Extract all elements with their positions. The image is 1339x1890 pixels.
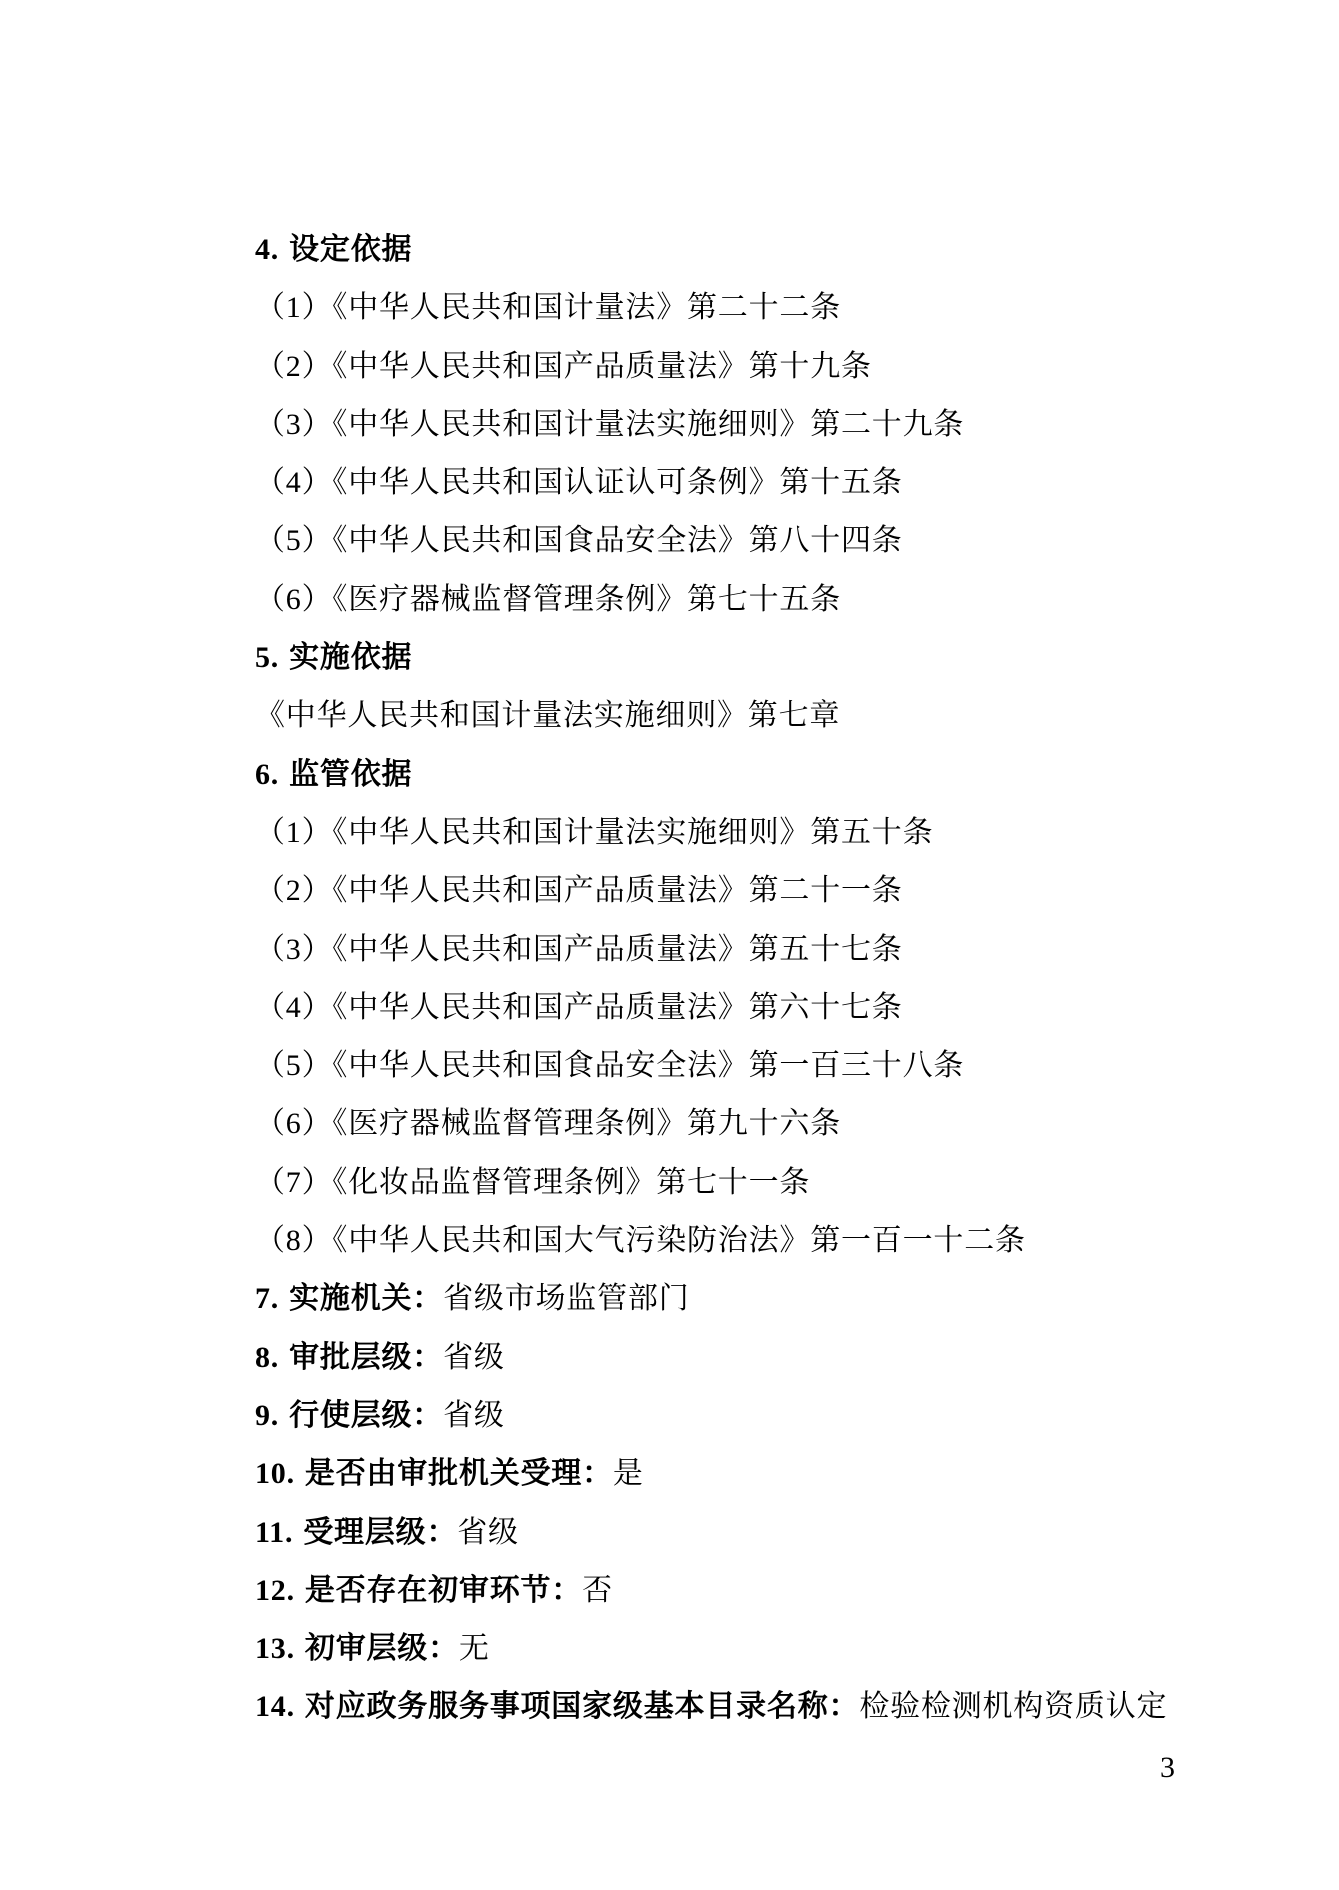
section-heading-6: 6.监管依据 [255,746,1279,804]
field-row-accepted-by-approval-authority: 10.是否由审批机关受理：是 [255,1445,1279,1503]
legal-basis-item: （2）《中华人民共和国产品质量法》第二十一条 [255,862,1279,920]
document-body: 4.设定依据 （1）《中华人民共和国计量法》第二十二条 （2）《中华人民共和国产… [255,221,1279,1737]
field-label: 是否存在初审环节： [305,1574,582,1607]
section-number: 6. [255,758,279,791]
field-number: 7. [255,1282,279,1315]
field-row-preliminary-review-exists: 12.是否存在初审环节：否 [255,1562,1279,1620]
field-label: 是否由审批机关受理： [305,1457,613,1490]
field-row-implementing-authority: 7.实施机关：省级市场监管部门 [255,1270,1279,1328]
legal-basis-item: （3）《中华人民共和国产品质量法》第五十七条 [255,921,1279,979]
section-title: 监管依据 [289,758,412,791]
field-row-national-catalog-name: 14.对应政务服务事项国家级基本目录名称：检验检测机构资质认定 [255,1678,1279,1736]
field-row-preliminary-review-level: 13.初审层级：无 [255,1620,1279,1678]
field-number: 8. [255,1341,279,1374]
field-value: 省级市场监管部门 [443,1282,689,1315]
legal-basis-item: （1）《中华人民共和国计量法实施细则》第五十条 [255,804,1279,862]
field-row-exercise-level: 9.行使层级：省级 [255,1387,1279,1445]
field-row-approval-level: 8.审批层级：省级 [255,1329,1279,1387]
legal-basis-item: （1）《中华人民共和国计量法》第二十二条 [255,279,1279,337]
legal-basis-item: （8）《中华人民共和国大气污染防治法》第一百一十二条 [255,1212,1279,1270]
field-label: 审批层级： [289,1341,443,1374]
field-label: 实施机关： [289,1282,443,1315]
legal-basis-item: （5）《中华人民共和国食品安全法》第八十四条 [255,512,1279,570]
field-number: 12. [255,1574,295,1607]
section-heading-5: 5.实施依据 [255,629,1279,687]
section-heading-4: 4.设定依据 [255,221,1279,279]
legal-basis-item: （5）《中华人民共和国食品安全法》第一百三十八条 [255,1037,1279,1095]
section-title: 设定依据 [289,233,412,266]
section-number: 5. [255,641,279,674]
field-number: 10. [255,1457,295,1490]
field-value: 是 [613,1457,644,1490]
field-value: 省级 [457,1516,519,1549]
legal-basis-item: （4）《中华人民共和国认证认可条例》第十五条 [255,454,1279,512]
field-number: 14. [255,1690,295,1723]
field-number: 13. [255,1632,295,1665]
legal-basis-item: （6）《医疗器械监督管理条例》第九十六条 [255,1095,1279,1153]
legal-basis-item: （3）《中华人民共和国计量法实施细则》第二十九条 [255,396,1279,454]
section-title: 实施依据 [289,641,412,674]
field-label: 对应政务服务事项国家级基本目录名称： [305,1690,859,1723]
field-label: 受理层级： [303,1516,457,1549]
legal-basis-item: （4）《中华人民共和国产品质量法》第六十七条 [255,979,1279,1037]
field-value: 省级 [443,1399,505,1432]
field-value: 否 [582,1574,613,1607]
field-value: 无 [459,1632,490,1665]
field-number: 9. [255,1399,279,1432]
legal-basis-item: 《中华人民共和国计量法实施细则》第七章 [255,687,1279,745]
document-page: 4.设定依据 （1）《中华人民共和国计量法》第二十二条 （2）《中华人民共和国产… [0,0,1339,1890]
field-row-acceptance-level: 11.受理层级：省级 [255,1504,1279,1562]
legal-basis-item: （6）《医疗器械监督管理条例》第七十五条 [255,571,1279,629]
page-number: 3 [1160,1748,1175,1788]
field-label: 初审层级： [305,1632,459,1665]
field-number: 11. [255,1516,293,1549]
legal-basis-item: （7）《化妆品监督管理条例》第七十一条 [255,1154,1279,1212]
field-label: 行使层级： [289,1399,443,1432]
section-number: 4. [255,233,279,266]
field-value: 检验检测机构资质认定 [859,1690,1167,1723]
field-value: 省级 [443,1341,505,1374]
legal-basis-item: （2）《中华人民共和国产品质量法》第十九条 [255,338,1279,396]
